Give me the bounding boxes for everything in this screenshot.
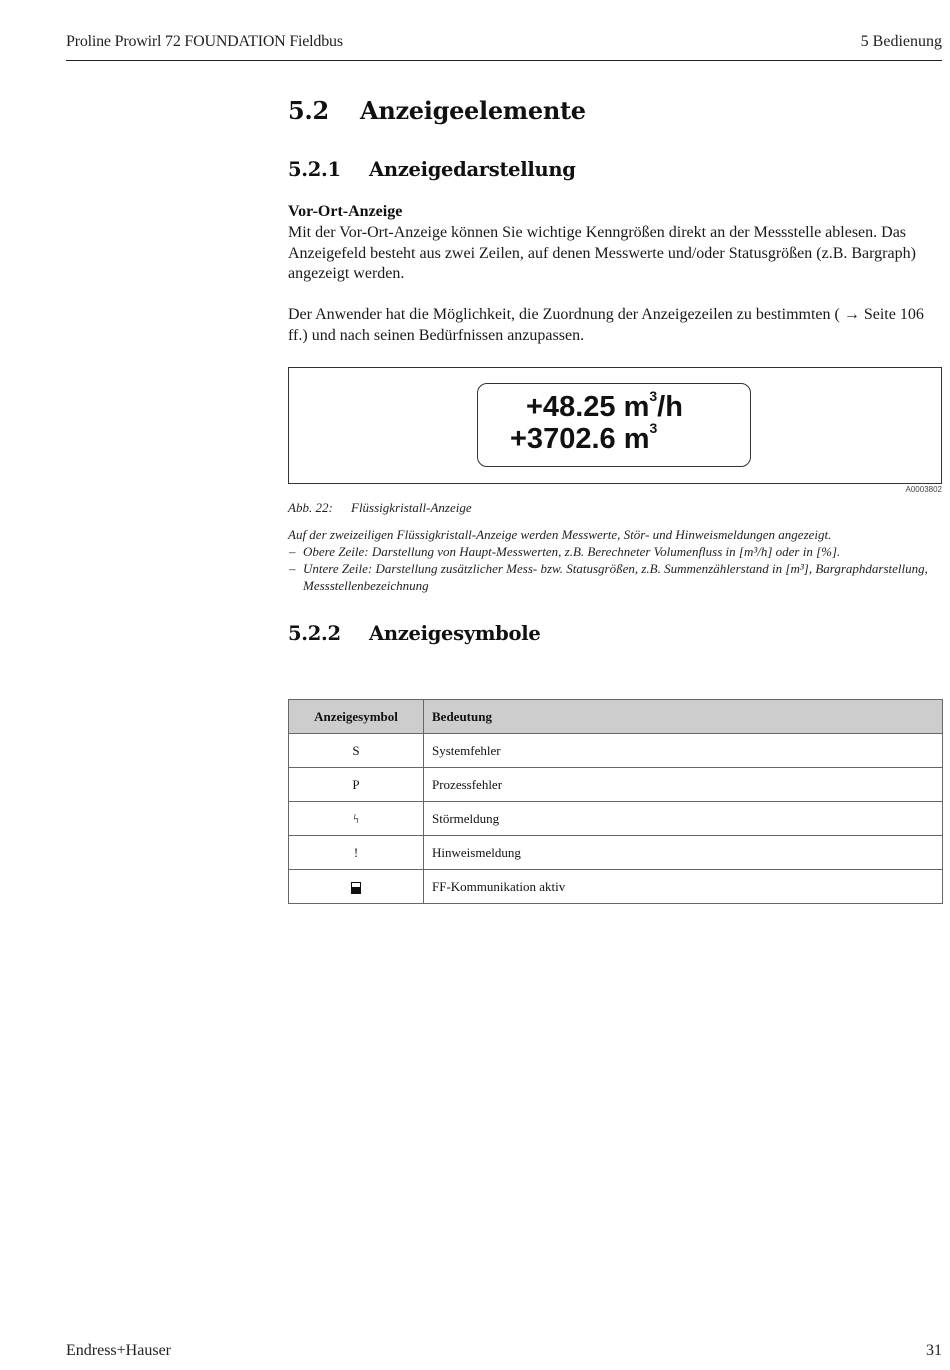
lcd-display: +48.25 m3/h +3702.6 m3 (477, 383, 751, 467)
display-symbols-table: Anzeigesymbol Bedeutung S Systemfehler P… (288, 699, 943, 904)
caption-label: Abb. 22: (288, 500, 351, 516)
running-header-title: Proline Prowirl 72 FOUNDATION Fieldbus (66, 33, 343, 51)
lcd-upper-value: +48.25 m (526, 391, 649, 423)
symbol-cell: S (289, 734, 424, 768)
subsection-heading-symbols: 5.2.2Anzeigesymbole (288, 622, 540, 645)
subsection-title: Anzeigesymbole (369, 622, 540, 645)
meaning-cell: Hinweismeldung (424, 836, 943, 870)
table-row: S Systemfehler (289, 734, 943, 768)
symbol-cell: P (289, 768, 424, 802)
subsection-number: 5.2.2 (288, 622, 369, 645)
lcd-line-upper: +48.25 m3/h (526, 391, 683, 424)
column-header-meaning: Bedeutung (424, 700, 943, 734)
meaning-cell: Prozessfehler (424, 768, 943, 802)
body-paragraph: Mit der Vor-Ort-Anzeige können Sie wicht… (288, 223, 943, 285)
section-title: Anzeigeelemente (360, 96, 586, 125)
lcd-line-lower: +3702.6 m3 (510, 423, 657, 456)
figure-id: A0003802 (906, 485, 942, 494)
lcd-upper-unit-suffix: /h (657, 391, 683, 423)
table-row: P Prozessfehler (289, 768, 943, 802)
subsection-title: Anzeigedarstellung (369, 158, 576, 181)
page-number: 31 (926, 1342, 942, 1360)
running-header-chapter: 5 Bedienung (861, 33, 942, 51)
meaning-cell: FF-Kommunikation aktiv (424, 870, 943, 904)
footer-brand: Endress+Hauser (66, 1342, 171, 1360)
note-list: Obere Zeile: Darstellung von Haupt-Messw… (288, 543, 946, 594)
figure-caption: Abb. 22:Flüssigkristall-Anzeige (288, 500, 472, 516)
lcd-figure: +48.25 m3/h +3702.6 m3 (288, 367, 942, 484)
table-row: ! Hinweismeldung (289, 836, 943, 870)
local-display-subheading: Vor-Ort-Anzeige (288, 203, 402, 221)
symbol-cell (289, 870, 424, 904)
figure-note: Auf der zweizeiligen Flüssigkristall-Anz… (288, 526, 946, 594)
note-item: Obere Zeile: Darstellung von Haupt-Messw… (288, 543, 946, 560)
subsection-heading-display: 5.2.1Anzeigedarstellung (288, 158, 576, 181)
note-item: Untere Zeile: Darstellung zusätzlicher M… (288, 560, 946, 594)
header-divider (66, 60, 942, 61)
table-row: FF-Kommunikation aktiv (289, 870, 943, 904)
meaning-cell: Störmeldung (424, 802, 943, 836)
lightning-icon: ϟ (289, 802, 424, 836)
section-heading: 5.2Anzeigeelemente (288, 96, 586, 125)
table-header-row: Anzeigesymbol Bedeutung (289, 700, 943, 734)
subsection-number: 5.2.1 (288, 158, 369, 181)
lcd-lower-value: +3702.6 m (510, 423, 649, 455)
caption-text: Flüssigkristall-Anzeige (351, 500, 472, 515)
body-paragraph: Der Anwender hat die Möglichkeit, die Zu… (288, 305, 943, 346)
lcd-lower-exponent: 3 (649, 420, 657, 436)
note-intro: Auf der zweizeiligen Flüssigkristall-Anz… (288, 526, 946, 543)
table-row: ϟ Störmeldung (289, 802, 943, 836)
column-header-symbol: Anzeigesymbol (289, 700, 424, 734)
ff-communication-icon (351, 882, 361, 894)
meaning-cell: Systemfehler (424, 734, 943, 768)
lcd-upper-exponent: 3 (649, 388, 657, 404)
section-number: 5.2 (288, 96, 360, 125)
exclamation-icon: ! (289, 836, 424, 870)
